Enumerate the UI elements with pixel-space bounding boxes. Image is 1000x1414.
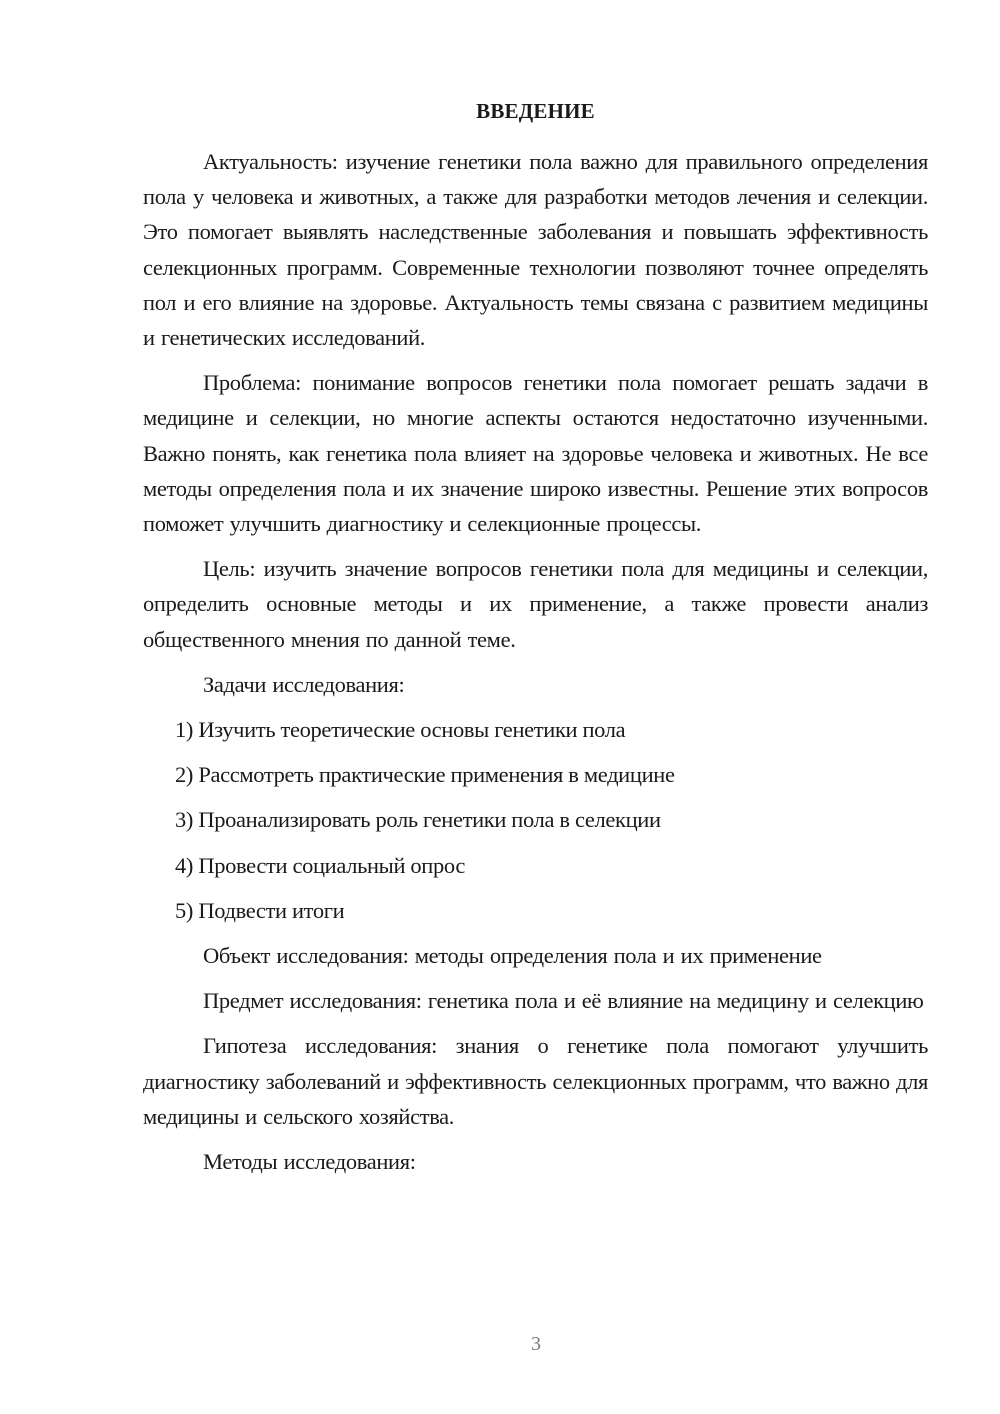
tasks-heading: Задачи исследования: (143, 667, 928, 702)
document-page: ВВЕДЕНИЕ Актуальность: изучение генетики… (143, 96, 928, 1189)
section-heading: ВВЕДЕНИЕ (143, 96, 928, 126)
task-item: 3) Проанализировать роль генетики пола в… (143, 802, 928, 837)
task-item: 1) Изучить теоретические основы генетики… (143, 712, 928, 747)
methods-heading: Методы исследования: (143, 1144, 928, 1179)
paragraph-subject: Предмет исследования: генетика пола и её… (143, 983, 928, 1018)
paragraph-problem: Проблема: понимание вопросов генетики по… (143, 365, 928, 541)
page-number: 3 (0, 1333, 1000, 1356)
task-item: 4) Провести социальный опрос (143, 848, 928, 883)
paragraph-object: Объект исследования: методы определения … (143, 938, 928, 973)
paragraph-relevance: Актуальность: изучение генетики пола важ… (143, 144, 928, 355)
tasks-list: 1) Изучить теоретические основы генетики… (143, 712, 928, 928)
paragraph-goal: Цель: изучить значение вопросов генетики… (143, 551, 928, 657)
task-item: 5) Подвести итоги (143, 893, 928, 928)
task-item: 2) Рассмотреть практические применения в… (143, 757, 928, 792)
paragraph-hypothesis: Гипотеза исследования: знания о генетике… (143, 1028, 928, 1134)
